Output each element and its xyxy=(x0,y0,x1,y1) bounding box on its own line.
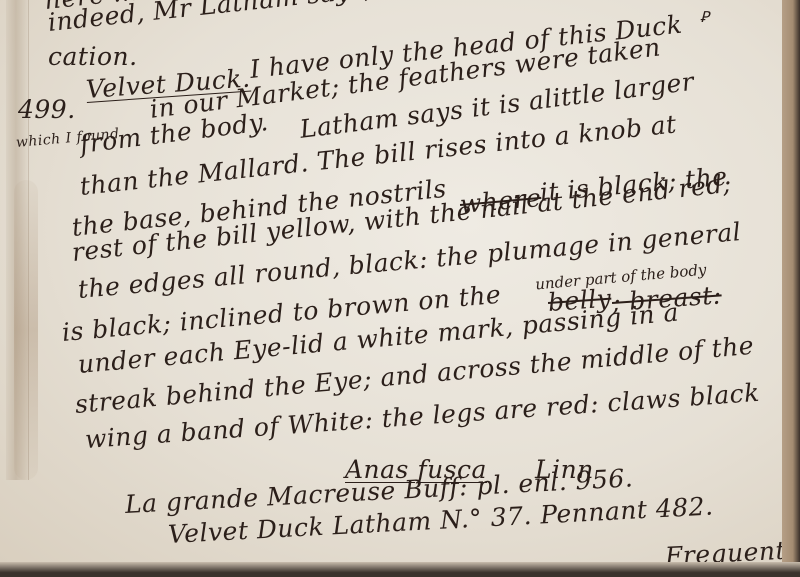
corner-mark: Ꝑ xyxy=(700,8,709,26)
book-edge-bottom xyxy=(0,562,800,577)
text-line-1: indeed, Mr Latham says, there xyxy=(46,0,451,37)
entry-number: 499. xyxy=(18,95,76,124)
book-edge-right xyxy=(782,0,800,577)
manuscript-page: here ... indeed, Mr Latham says, there c… xyxy=(0,0,782,562)
paper-stain xyxy=(14,180,38,480)
text-line-frequents: Frequents xyxy=(664,535,782,562)
text-line-2: cation. xyxy=(48,42,138,71)
